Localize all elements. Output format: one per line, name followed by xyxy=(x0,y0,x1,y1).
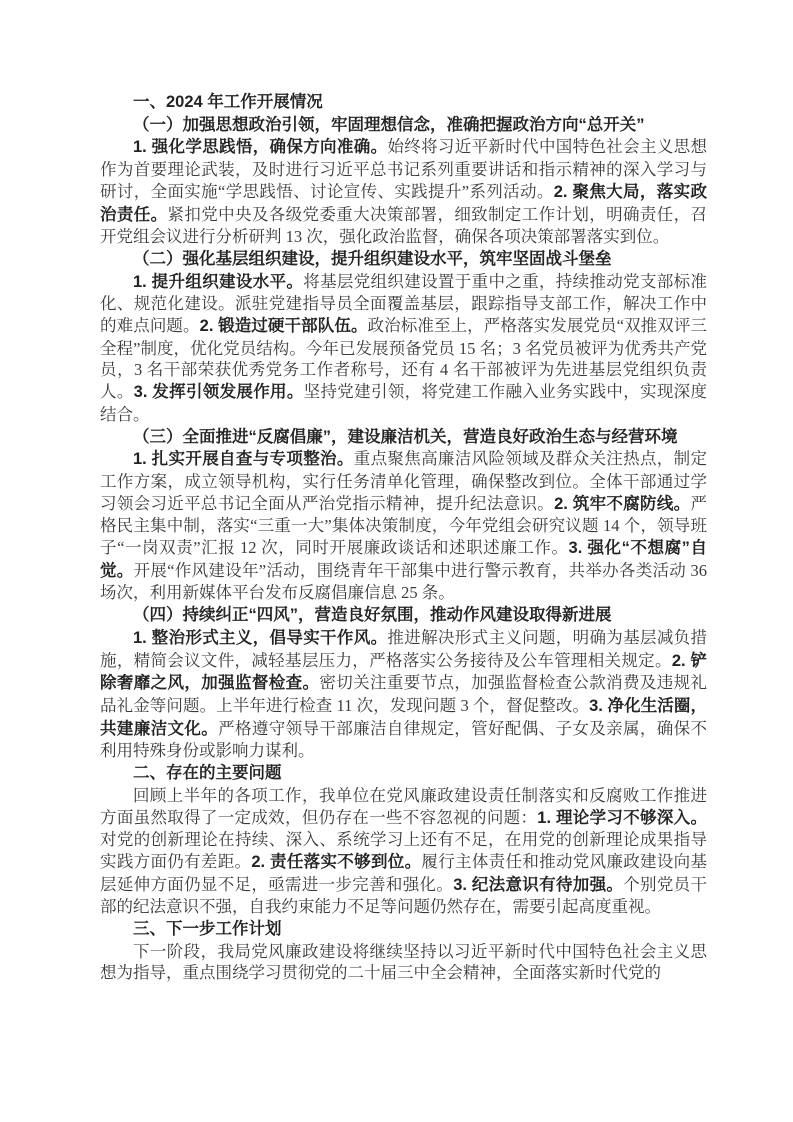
heading-section-2: 二、存在的主要问题 xyxy=(100,762,707,785)
paragraph-1-4: 1. 整治形式主义，倡导实干作风。推进解决形式主义问题，明确为基层减负措施，精简… xyxy=(100,627,707,762)
paragraph-1-2: 1. 提升组织建设水平。将基层党组织建设置于重中之重，持续推动党支部标准化、规范… xyxy=(100,271,707,426)
subheading-1-1: （一）加强思想政治引领，牢固理想信念，准确把握政治方向“总开关” xyxy=(100,114,707,137)
document-content: 一、2024 年工作开展情况（一）加强思想政治引领，牢固理想信念，准确把握政治方… xyxy=(100,91,707,984)
bold-text-run: 2. 筑牢不腐防线。 xyxy=(554,495,690,513)
bold-text-run: 1. 整治形式主义，倡导实干作风。 xyxy=(133,629,387,647)
paragraph-1-3: 1. 扎实开展自查与专项整治。重点聚焦高廉洁风险领域及群众关注热点，制定工作方案… xyxy=(100,448,707,604)
bold-text-run: 1. 强化学思践悟，确保方向准确。 xyxy=(133,138,387,156)
bold-text-run: 1. 理论学习不够深入。 xyxy=(537,809,707,827)
bold-text-run: （一）加强思想政治引领，牢固理想信念，准确把握政治方向“总开关” xyxy=(133,116,645,134)
heading-section-3: 三、下一步工作计划 xyxy=(100,918,707,941)
text-run: 下一阶段，我局党风廉政建设将继续坚持以习近平新时代中国特色社会主义思想为指导，重… xyxy=(100,942,707,983)
bold-text-run: 二、存在的主要问题 xyxy=(133,764,282,782)
subheading-1-2: （二）强化基层组织建设，提升组织建设水平，筑牢坚固战斗堡垒 xyxy=(100,248,707,271)
bold-text-run: 2. 锻造过硬干部队伍。 xyxy=(200,317,368,335)
bold-text-run: （三）全面推进“反腐倡廉”，建设廉洁机关，营造良好政治生态与经营环境 xyxy=(133,428,678,446)
bold-text-run: 1. 提升组织建设水平。 xyxy=(133,273,303,291)
bold-text-run: 3. 发挥引领发展作用。 xyxy=(134,383,304,401)
bold-text-run: 2. 责任落实不够到位。 xyxy=(251,853,421,871)
bold-text-run: 3. 纪法意识有待加强。 xyxy=(453,876,623,894)
bold-text-run: 一、2024 年工作开展情况 xyxy=(133,93,323,111)
subheading-1-4: （四）持续纠正“四风”，营造良好氛围，推动作风建设取得新进展 xyxy=(100,604,707,627)
paragraph-1-1: 1. 强化学思践悟，确保方向准确。始终将习近平新时代中国特色社会主义思想作为首要… xyxy=(100,136,707,248)
bold-text-run: （四）持续纠正“四风”，营造良好氛围，推动作风建设取得新进展 xyxy=(133,606,612,624)
bold-text-run: 1. 扎实开展自查与专项整治。 xyxy=(133,450,354,468)
paragraph-2-1: 回顾上半年的各项工作，我单位在党风廉政建设责任制落实和反腐败工作推进方面虽然取得… xyxy=(100,785,707,918)
bold-text-run: 三、下一步工作计划 xyxy=(133,920,282,938)
text-run: 开展“作风建设年”活动，围绕青年干部集中进行警示教育，共举办各类活动 36 场次… xyxy=(100,561,707,603)
document-page: 一、2024 年工作开展情况（一）加强思想政治引领，牢固理想信念，准确把握政治方… xyxy=(0,0,793,1122)
heading-section-1: 一、2024 年工作开展情况 xyxy=(100,91,707,114)
subheading-1-3: （三）全面推进“反腐倡廉”，建设廉洁机关，营造良好政治生态与经营环境 xyxy=(100,426,707,449)
paragraph-3-1: 下一阶段，我局党风廉政建设将继续坚持以习近平新时代中国特色社会主义思想为指导，重… xyxy=(100,941,707,984)
bold-text-run: （二）强化基层组织建设，提升组织建设水平，筑牢坚固战斗堡垒 xyxy=(133,250,612,268)
text-run: 紧扣党中央及各级党委重大决策部署，细致制定工作计划，明确责任，召开党组会议进行分… xyxy=(100,205,707,247)
